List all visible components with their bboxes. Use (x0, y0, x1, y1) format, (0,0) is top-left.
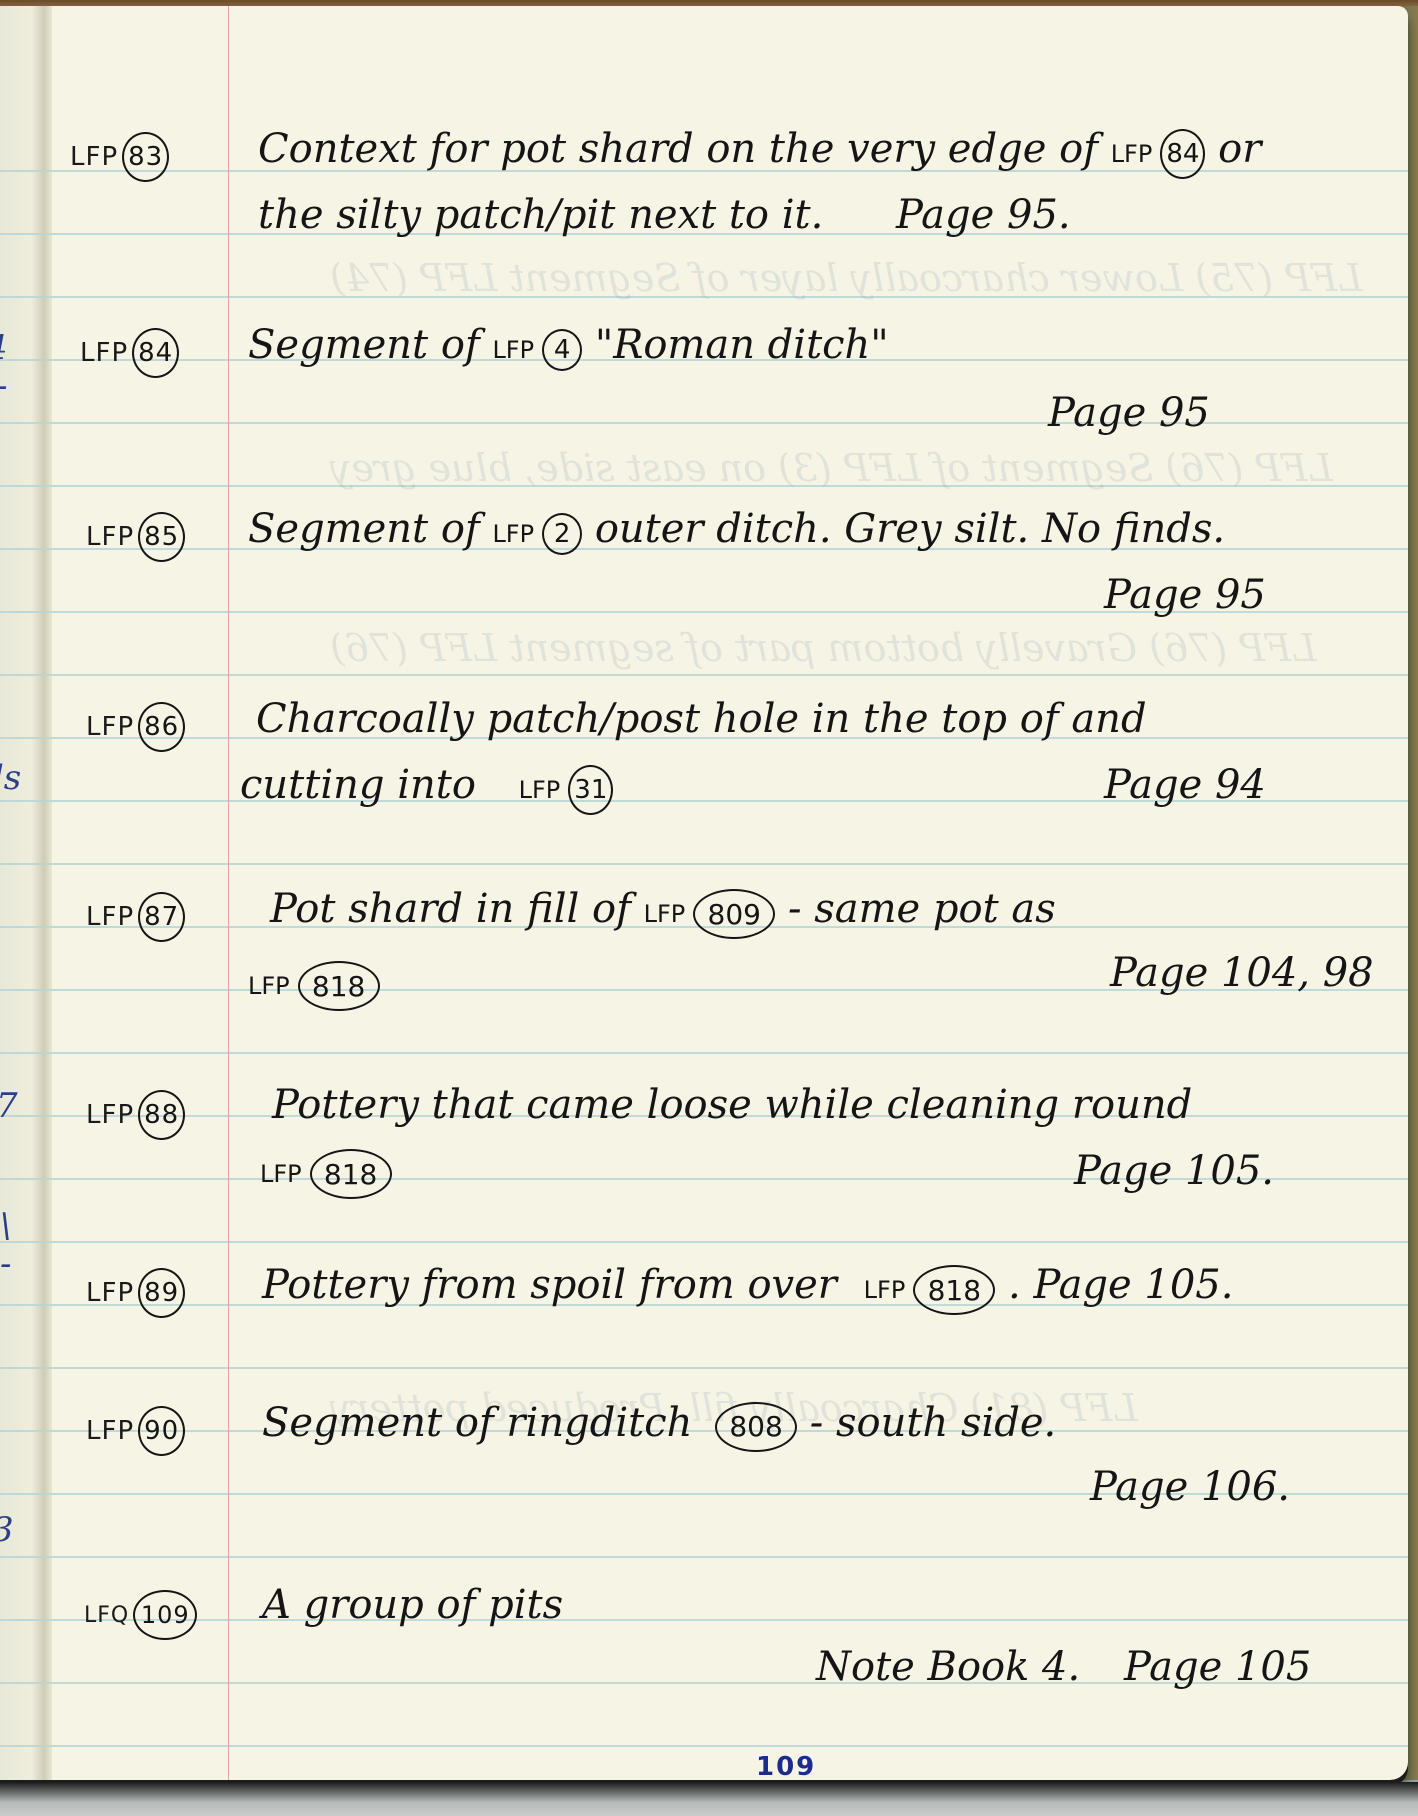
margin-note: 3 (0, 1510, 14, 1550)
ref-number-circled: 84 (1160, 129, 1205, 179)
rule-line (0, 1241, 1408, 1243)
entry-90-inline-ref: 808 (715, 1402, 797, 1452)
entry-85-description: Segment of LFP 2 outer ditch. Grey silt.… (248, 506, 1225, 555)
entry-87-code: LFP 87 (86, 892, 185, 942)
entry-86-code: LFP 86 (86, 702, 185, 752)
entry-109-notebook-ref: Note Book 4. (816, 1644, 1080, 1690)
entry-85-code: LFP 85 (86, 512, 185, 562)
rule-line (0, 1556, 1408, 1558)
red-margin-line (228, 6, 229, 1780)
entry-83-code: LFP 83 (70, 132, 169, 182)
entry-number-circled: 87 (138, 892, 185, 942)
entry-83-description-line-2: the silty patch/pit next to it. Page 95. (258, 192, 1071, 238)
entry-number-circled: 86 (138, 702, 185, 752)
show-through-text: LFP (76) Segment of LFP (3) on east side… (330, 446, 1333, 490)
margin-note: - (0, 366, 8, 406)
entry-83-description-line-1: Context for pot shard on the very edge o… (258, 126, 1261, 179)
entry-number-circled: 88 (138, 1090, 185, 1140)
entry-84-description: Segment of LFP 4 "Roman ditch" (248, 322, 889, 371)
entry-89-code: LFP 89 (86, 1268, 185, 1318)
ref-number-circled: 809 (693, 889, 775, 939)
rule-line (0, 1052, 1408, 1054)
notebook-page: LFP (75) Lower charcoally layer of Segme… (0, 6, 1408, 1780)
entry-90-page-ref: Page 106. (1090, 1464, 1290, 1510)
entry-88-code: LFP 88 (86, 1090, 185, 1140)
entry-89-description: Pottery from spoil from over LFP 818 . P… (262, 1262, 1233, 1315)
ref-number-circled: 4 (542, 329, 582, 371)
entry-number-circled: 84 (132, 328, 179, 378)
ref-number-circled: 818 (310, 1149, 392, 1199)
entry-number-circled: 83 (122, 132, 169, 182)
entry-code-prefix: LFP (70, 142, 118, 172)
ref-number-circled: 2 (542, 513, 582, 555)
entry-109-code: LFQ 109 (84, 1590, 197, 1640)
entry-89-page-ref: . Page 105. (1008, 1262, 1233, 1308)
ref-number-circled: 31 (568, 765, 613, 815)
entry-88-page-ref: Page 105. (1074, 1148, 1274, 1194)
ref-number-circled: 818 (298, 961, 380, 1011)
entry-90-description: Segment of ringditch 808 - south side. (262, 1400, 1056, 1452)
margin-note: 7 (0, 1086, 18, 1126)
entry-87-second-ref: LFP 818 (248, 958, 380, 1011)
page-number: 109 (756, 1752, 816, 1780)
entry-number-circled: 109 (133, 1590, 197, 1640)
show-through-text: LFP (76) Gravelly bottom part of segment… (330, 626, 1316, 670)
entry-87-page-ref: Page 104, 98 (1110, 950, 1374, 996)
entry-85-page-ref: Page 95 (1104, 572, 1266, 618)
notebook-bottom-shadow (0, 1782, 1418, 1816)
entry-109-description: A group of pits (262, 1582, 563, 1628)
entry-109-page-ref: Page 105 (1124, 1644, 1311, 1690)
margin-note: 4 (0, 328, 8, 368)
entry-84-inline-ref: LFP 4 (492, 329, 582, 371)
margin-note: \ (0, 1206, 11, 1246)
show-through-text: LFP (75) Lower charcoally layer of Segme… (330, 256, 1362, 300)
entry-86-inline-ref: LFP 31 (519, 765, 614, 815)
entry-83-page-ref: Page 95. (896, 192, 1071, 238)
entry-number-circled: 90 (138, 1406, 185, 1456)
entry-88-second-ref: LFP 818 (260, 1146, 392, 1199)
entry-86-description-line-1: Charcoally patch/post hole in the top of… (256, 696, 1147, 742)
entry-86-description-line-2: cutting into LFP 31 (240, 762, 613, 815)
entry-86-page-ref: Page 94 (1104, 762, 1266, 808)
rule-line (0, 1367, 1408, 1369)
entry-88-description: Pottery that came loose while cleaning r… (272, 1082, 1192, 1128)
ref-number-circled: 808 (715, 1402, 797, 1452)
rule-line (0, 1745, 1408, 1747)
ref-number-circled: 818 (913, 1265, 995, 1315)
entry-84-page-ref: Page 95 (1048, 390, 1210, 436)
rule-line (0, 674, 1408, 676)
rule-line (0, 863, 1408, 865)
entry-number-circled: 85 (138, 512, 185, 562)
entry-90-code: LFP 90 (86, 1406, 185, 1456)
rule-line (0, 1619, 1408, 1621)
entry-85-inline-ref: LFP 2 (492, 513, 582, 555)
entry-number-circled: 89 (138, 1268, 185, 1318)
entry-87-description-line-1: Pot shard in fill of LFP 809 - same pot … (270, 886, 1056, 939)
margin-note: ds (0, 758, 21, 798)
entry-83-inline-ref: LFP 84 (1111, 129, 1206, 179)
entry-89-inline-ref: LFP 818 (864, 1265, 996, 1315)
entry-84-code: LFP 84 (80, 328, 179, 378)
entry-87-inline-ref: LFP 809 (644, 889, 776, 939)
margin-note: - (0, 1244, 12, 1284)
